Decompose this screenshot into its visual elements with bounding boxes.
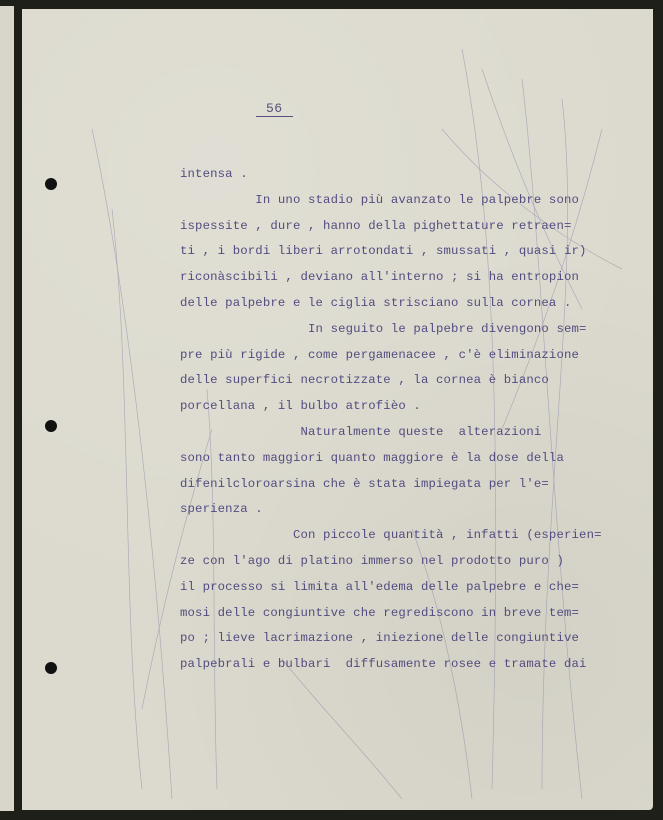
text-line: difenilcloroarsina che è stata impiegata… [180, 472, 600, 498]
text-line: po ; lieve lacrimazione , iniezione dell… [180, 626, 600, 652]
typewritten-page: 56 intensa . In uno stadio più avanzato … [22, 9, 653, 810]
text-line: ispessite , dure , hanno della pighettat… [180, 214, 600, 240]
previous-page-edge [0, 6, 14, 811]
body-text: intensa . In uno stadio più avanzato le … [180, 162, 600, 678]
text-line: delle superfici necrotizzate , la cornea… [180, 368, 600, 394]
text-line: palpebrali e bulbari diffusamente rosee … [180, 652, 600, 678]
text-line: Con piccole quantità , infatti (esperien… [180, 523, 600, 549]
punch-hole [45, 420, 57, 432]
text-line: Naturalmente queste alterazioni [180, 420, 600, 446]
punch-hole [45, 178, 57, 190]
text-line: delle palpebre e le ciglia strisciano su… [180, 291, 600, 317]
text-line: riconàscibili , deviano all'interno ; si… [180, 265, 600, 291]
page-number: 56 [256, 101, 293, 117]
text-line: mosi delle congiuntive che regrediscono … [180, 601, 600, 627]
text-line: In seguito le palpebre divengono sem= [180, 317, 600, 343]
text-line: pre più rigide , come pergamenacee , c'è… [180, 343, 600, 369]
text-line: intensa . [180, 162, 600, 188]
text-line: porcellana , il bulbo atrofièo . [180, 394, 600, 420]
text-line: In uno stadio più avanzato le palpebre s… [180, 188, 600, 214]
punch-hole [45, 662, 57, 674]
text-line: sperienza . [180, 497, 600, 523]
text-line: ti , i bordi liberi arrotondati , smussa… [180, 239, 600, 265]
text-line: sono tanto maggiori quanto maggiore è la… [180, 446, 600, 472]
text-line: il processo si limita all'edema delle pa… [180, 575, 600, 601]
text-line: ze con l'ago di platino immerso nel prod… [180, 549, 600, 575]
